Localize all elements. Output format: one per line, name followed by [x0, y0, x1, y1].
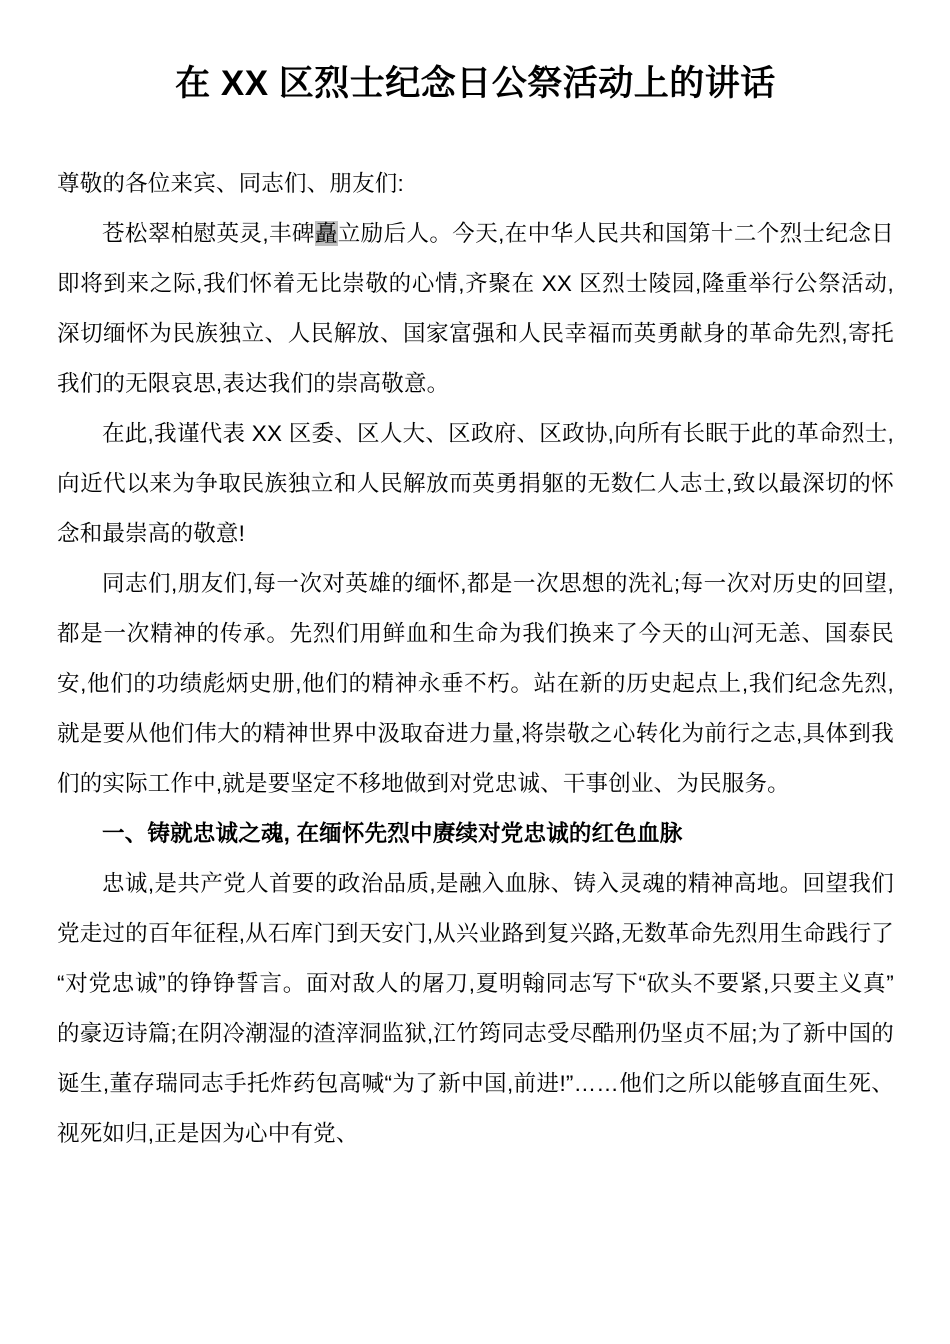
paragraph: 忠诚,是共产党人首要的政治品质,是融入血脉、铸入灵魂的精神高地。回望我们党走过的…: [57, 859, 894, 1159]
document-page: { "page": { "background_color": "#ffffff…: [0, 0, 950, 1344]
document-body: 尊敬的各位来宾、同志们、朋友们:苍松翠柏慰英灵,丰碑矗立励后人。今天,在中华人民…: [57, 159, 894, 1159]
paragraph: 苍松翠柏慰英灵,丰碑矗立励后人。今天,在中华人民共和国第十二个烈士纪念日即将到来…: [57, 209, 894, 409]
document-title: 在 XX 区烈士纪念日公祭活动上的讲话: [57, 62, 894, 106]
text-run: 一、铸就忠诚之魂, 在缅怀先烈中赓续对党忠诚的红色血脉: [102, 821, 682, 846]
text-run: 同志们,朋友们,每一次对英雄的缅怀,都是一次思想的洗礼;每一次对历史的回望,都是…: [57, 571, 894, 796]
text-run: 忠诚,是共产党人首要的政治品质,是融入血脉、铸入灵魂的精神高地。回望我们党走过的…: [57, 871, 894, 1146]
text-run: 在此,我谨代表 XX 区委、区人大、区政府、区政协,向所有长眠于此的革命烈士,向…: [57, 421, 894, 546]
text-run: 尊敬的各位来宾、同志们、朋友们:: [57, 171, 404, 196]
document-canvas: 在 XX 区烈士纪念日公祭活动上的讲话 尊敬的各位来宾、同志们、朋友们:苍松翠柏…: [0, 0, 950, 1344]
paragraph: 同志们,朋友们,每一次对英雄的缅怀,都是一次思想的洗礼;每一次对历史的回望,都是…: [57, 559, 894, 809]
highlighted-character: 矗: [315, 221, 338, 246]
salutation-line: 尊敬的各位来宾、同志们、朋友们:: [57, 159, 894, 209]
section-heading: 一、铸就忠诚之魂, 在缅怀先烈中赓续对党忠诚的红色血脉: [57, 809, 894, 859]
paragraph: 在此,我谨代表 XX 区委、区人大、区政府、区政协,向所有长眠于此的革命烈士,向…: [57, 409, 894, 559]
text-run: 苍松翠柏慰英灵,丰碑: [102, 221, 315, 246]
text-run: 立励后人。今天,在中华人民共和国第十二个烈士纪念日即将到来之际,我们怀着无比崇敬…: [57, 221, 894, 396]
